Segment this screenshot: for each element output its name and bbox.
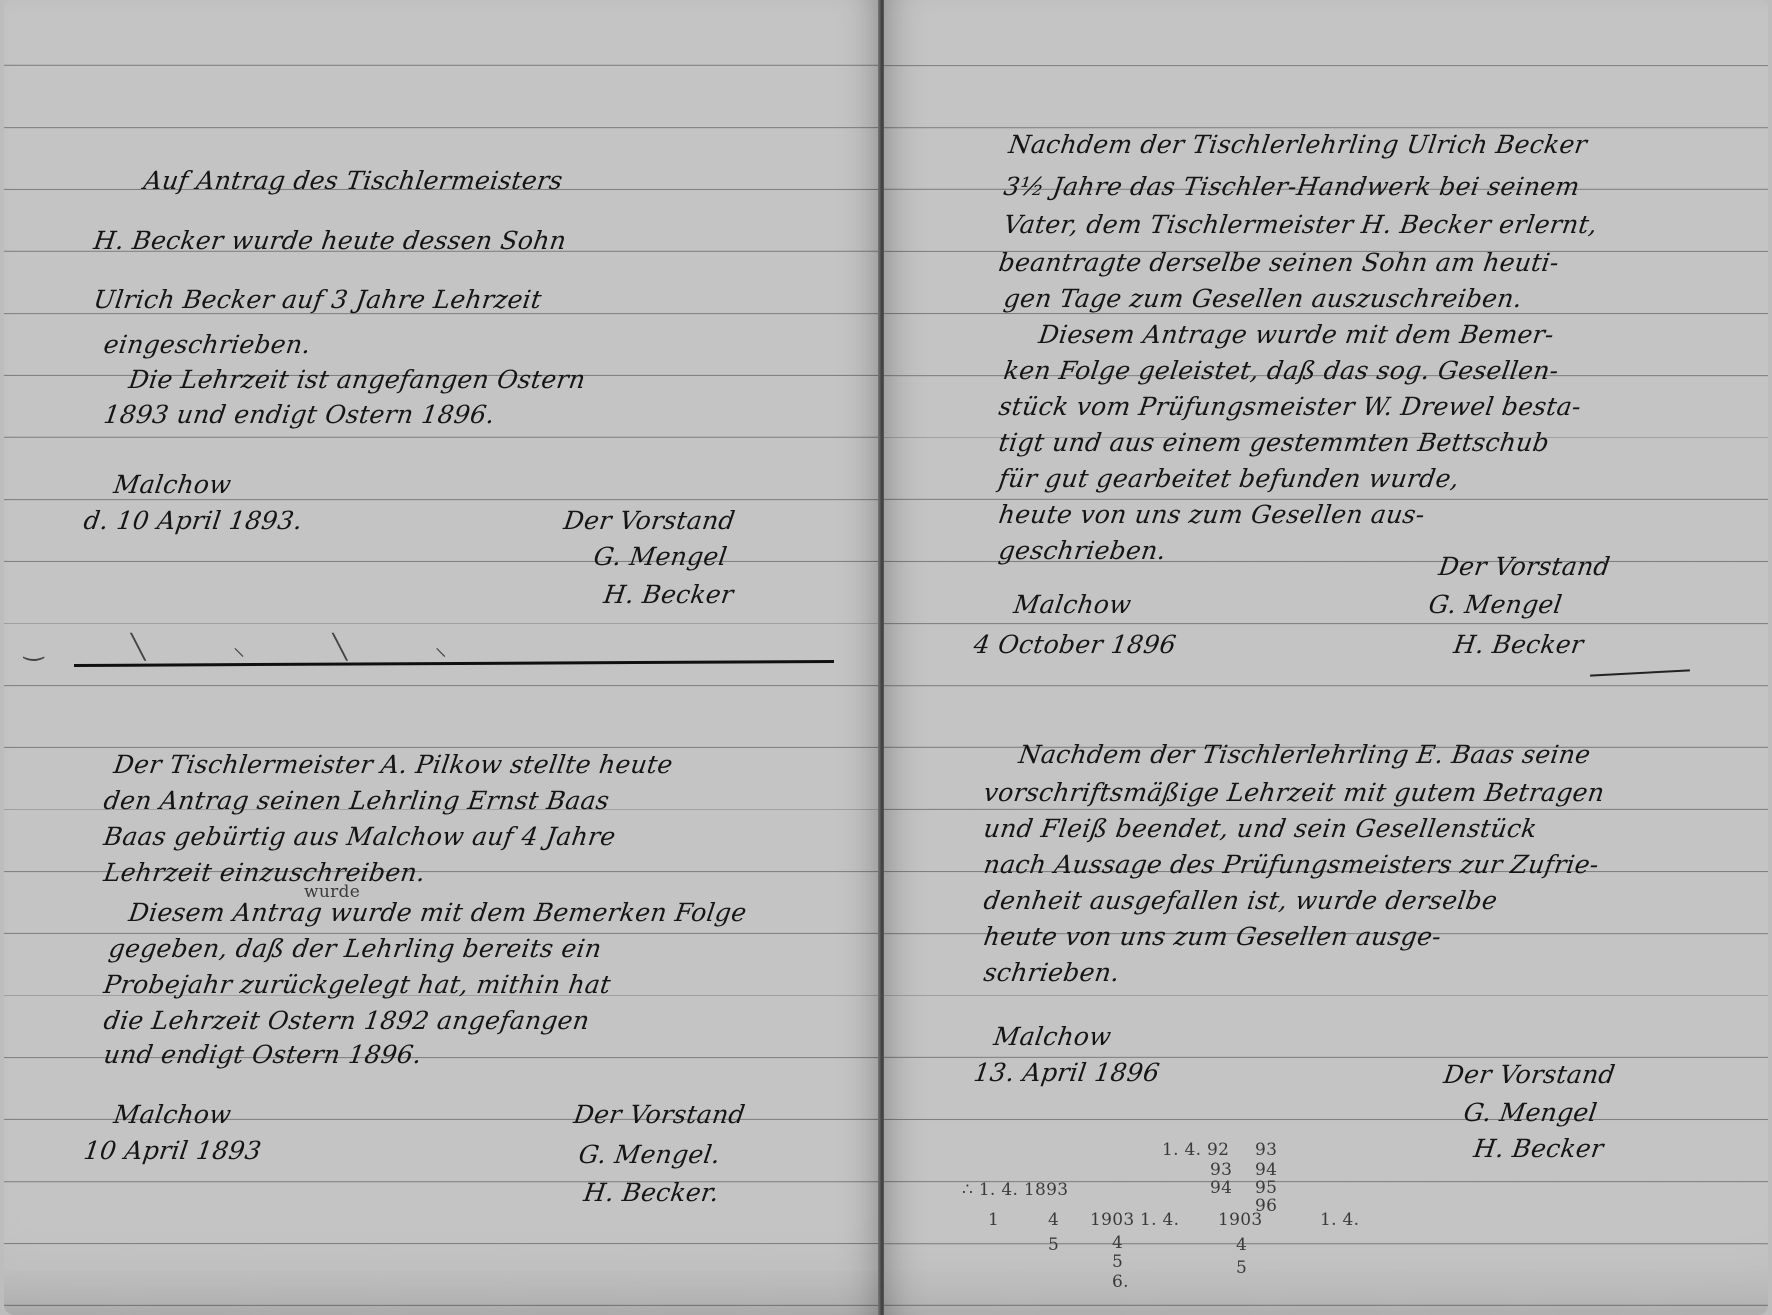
- entry-3-line: stück vom Prüfungsmeister W. Drewel best…: [997, 392, 1583, 421]
- right-page: Nachdem der Tischlerlehrling Ulrich Beck…: [884, 0, 1768, 1315]
- entry-4-line: vorschriftsmäßige Lehrzeit mit gutem Bet…: [982, 778, 1606, 807]
- entry-4-line: Nachdem der Tischlerlehrling E. Baas sei…: [1017, 740, 1593, 769]
- entry-3-signature-name: G. Mengel: [1427, 590, 1564, 619]
- entry-3-line: gen Tage zum Gesellen auszuschreiben.: [1002, 284, 1524, 313]
- pencil-note: 6.: [1112, 1272, 1129, 1292]
- entry-2-place: Malchow: [112, 1100, 233, 1129]
- pencil-note: 1. 4.: [1140, 1210, 1179, 1230]
- pencil-note: 4: [1048, 1210, 1059, 1230]
- entry-1-line: eingeschrieben.: [102, 330, 313, 359]
- stray-pen-marks: ‿ ╲ ⸜ ╲ ⸜: [24, 630, 487, 663]
- entry-3-place: Malchow: [1012, 590, 1133, 619]
- entry-3-line: für gut gearbeitet befunden wurde,: [997, 464, 1461, 493]
- entry-2-date: 10 April 1893: [82, 1136, 263, 1165]
- entry-2-line: und endigt Ostern 1896.: [102, 1040, 424, 1069]
- entry-1-line: 1893 und endigt Ostern 1896.: [102, 400, 497, 429]
- entry-1-line: Die Lehrzeit ist angefangen Ostern: [127, 365, 587, 394]
- entry-2-line: gegeben, daß der Lehrling bereits ein: [107, 934, 604, 963]
- entry-3-line: tigt und aus einem gestemmten Bettschub: [997, 428, 1551, 457]
- pencil-note: 5: [1236, 1258, 1247, 1278]
- entry-1-signature-name: H. Becker: [602, 580, 736, 609]
- entry-2-line: Baas gebürtig aus Malchow auf 4 Jahre: [102, 822, 618, 851]
- entry-2-signature-title: Der Vorstand: [572, 1100, 747, 1129]
- entry-4-line: schrieben.: [982, 958, 1122, 987]
- entry-1-place: Malchow: [112, 470, 233, 499]
- pencil-note: 95: [1255, 1178, 1277, 1198]
- pencil-note: 1: [988, 1210, 999, 1230]
- entry-1-signature-title: Der Vorstand: [562, 506, 737, 535]
- entry-4-line: denheit ausgefallen ist, wurde derselbe: [982, 886, 1499, 915]
- entry-4-place: Malchow: [992, 1022, 1113, 1051]
- pencil-note: 94: [1210, 1178, 1232, 1198]
- entry-1-signature-name: G. Mengel: [592, 542, 729, 571]
- entry-3-line: Diesem Antrage wurde mit dem Bemer-: [1037, 320, 1556, 349]
- entry-1-line: H. Becker wurde heute dessen Sohn: [92, 226, 568, 255]
- entry-2-line: den Antrag seinen Lehrling Ernst Baas: [102, 786, 611, 815]
- entry-2-line: die Lehrzeit Ostern 1892 angefangen: [102, 1006, 591, 1035]
- pencil-note: ∴ 1. 4. 1893: [962, 1180, 1068, 1200]
- left-page: Auf Antrag des Tischlermeisters H. Becke…: [4, 0, 880, 1315]
- entry-2-signature-name: G. Mengel.: [577, 1140, 722, 1169]
- entry-1-line: Auf Antrag des Tischlermeisters: [142, 166, 565, 195]
- entry-4-date: 13. April 1896: [972, 1058, 1162, 1087]
- entry-1-line: Ulrich Becker auf 3 Jahre Lehrzeit: [92, 285, 544, 314]
- entry-2-line: Der Tischlermeister A. Pilkow stellte he…: [112, 750, 675, 779]
- pencil-note: 1. 4. 92: [1162, 1140, 1229, 1160]
- entry-3-line: ken Folge geleistet, daß das sog. Gesell…: [1002, 356, 1561, 385]
- pencil-note: 93: [1210, 1160, 1232, 1180]
- pencil-note: 93: [1255, 1140, 1277, 1160]
- entry-1-date: d. 10 April 1893.: [82, 506, 304, 535]
- entry-3-line: beantragte derselbe seinen Sohn am heuti…: [997, 248, 1561, 277]
- entry-3-line: Nachdem der Tischlerlehrling Ulrich Beck…: [1007, 130, 1589, 159]
- entry-3-line: geschrieben.: [997, 536, 1168, 565]
- entry-2-line: Lehrzeit einzuschreiben.: [102, 858, 427, 887]
- entry-3-line: Vater, dem Tischlermeister H. Becker erl…: [1002, 210, 1599, 239]
- entry-3-line: heute von uns zum Gesellen aus-: [997, 500, 1427, 529]
- entry-3-signature-name: H. Becker: [1452, 630, 1586, 659]
- entry-2-line: Probejahr zurückgelegt hat, mithin hat: [102, 970, 613, 999]
- entry-4-line: und Fleiß beendet, und sein Gesellenstüc…: [982, 814, 1539, 843]
- entry-3-line: 3½ Jahre das Tischler-Handwerk bei seine…: [1002, 172, 1582, 201]
- entry-4-signature-name: G. Mengel: [1462, 1098, 1599, 1127]
- pencil-note: 1903: [1090, 1210, 1134, 1230]
- pencil-note: 1. 4.: [1320, 1210, 1359, 1230]
- pencil-note: 1903: [1218, 1210, 1262, 1230]
- entry-3-date: 4 October 1896: [972, 630, 1178, 659]
- entry-3-signature-title: Der Vorstand: [1437, 552, 1612, 581]
- ledger-spread: Auf Antrag des Tischlermeisters H. Becke…: [0, 0, 1772, 1315]
- pencil-note: 5: [1112, 1252, 1123, 1272]
- entry-2-signature-name: H. Becker.: [582, 1178, 721, 1207]
- pencil-note: 4: [1236, 1235, 1247, 1255]
- entry-4-signature-name: H. Becker: [1472, 1134, 1606, 1163]
- entry-4-line: heute von uns zum Gesellen ausge-: [982, 922, 1443, 951]
- entry-2-line: Diesem Antrag wurde mit dem Bemerken Fol…: [127, 898, 749, 927]
- pencil-note: 4: [1112, 1233, 1123, 1253]
- pencil-note: 94: [1255, 1160, 1277, 1180]
- entry-4-signature-title: Der Vorstand: [1442, 1060, 1617, 1089]
- pencil-note: 5: [1048, 1235, 1059, 1255]
- entry-4-line: nach Aussage des Prüfungsmeisters zur Zu…: [982, 850, 1601, 879]
